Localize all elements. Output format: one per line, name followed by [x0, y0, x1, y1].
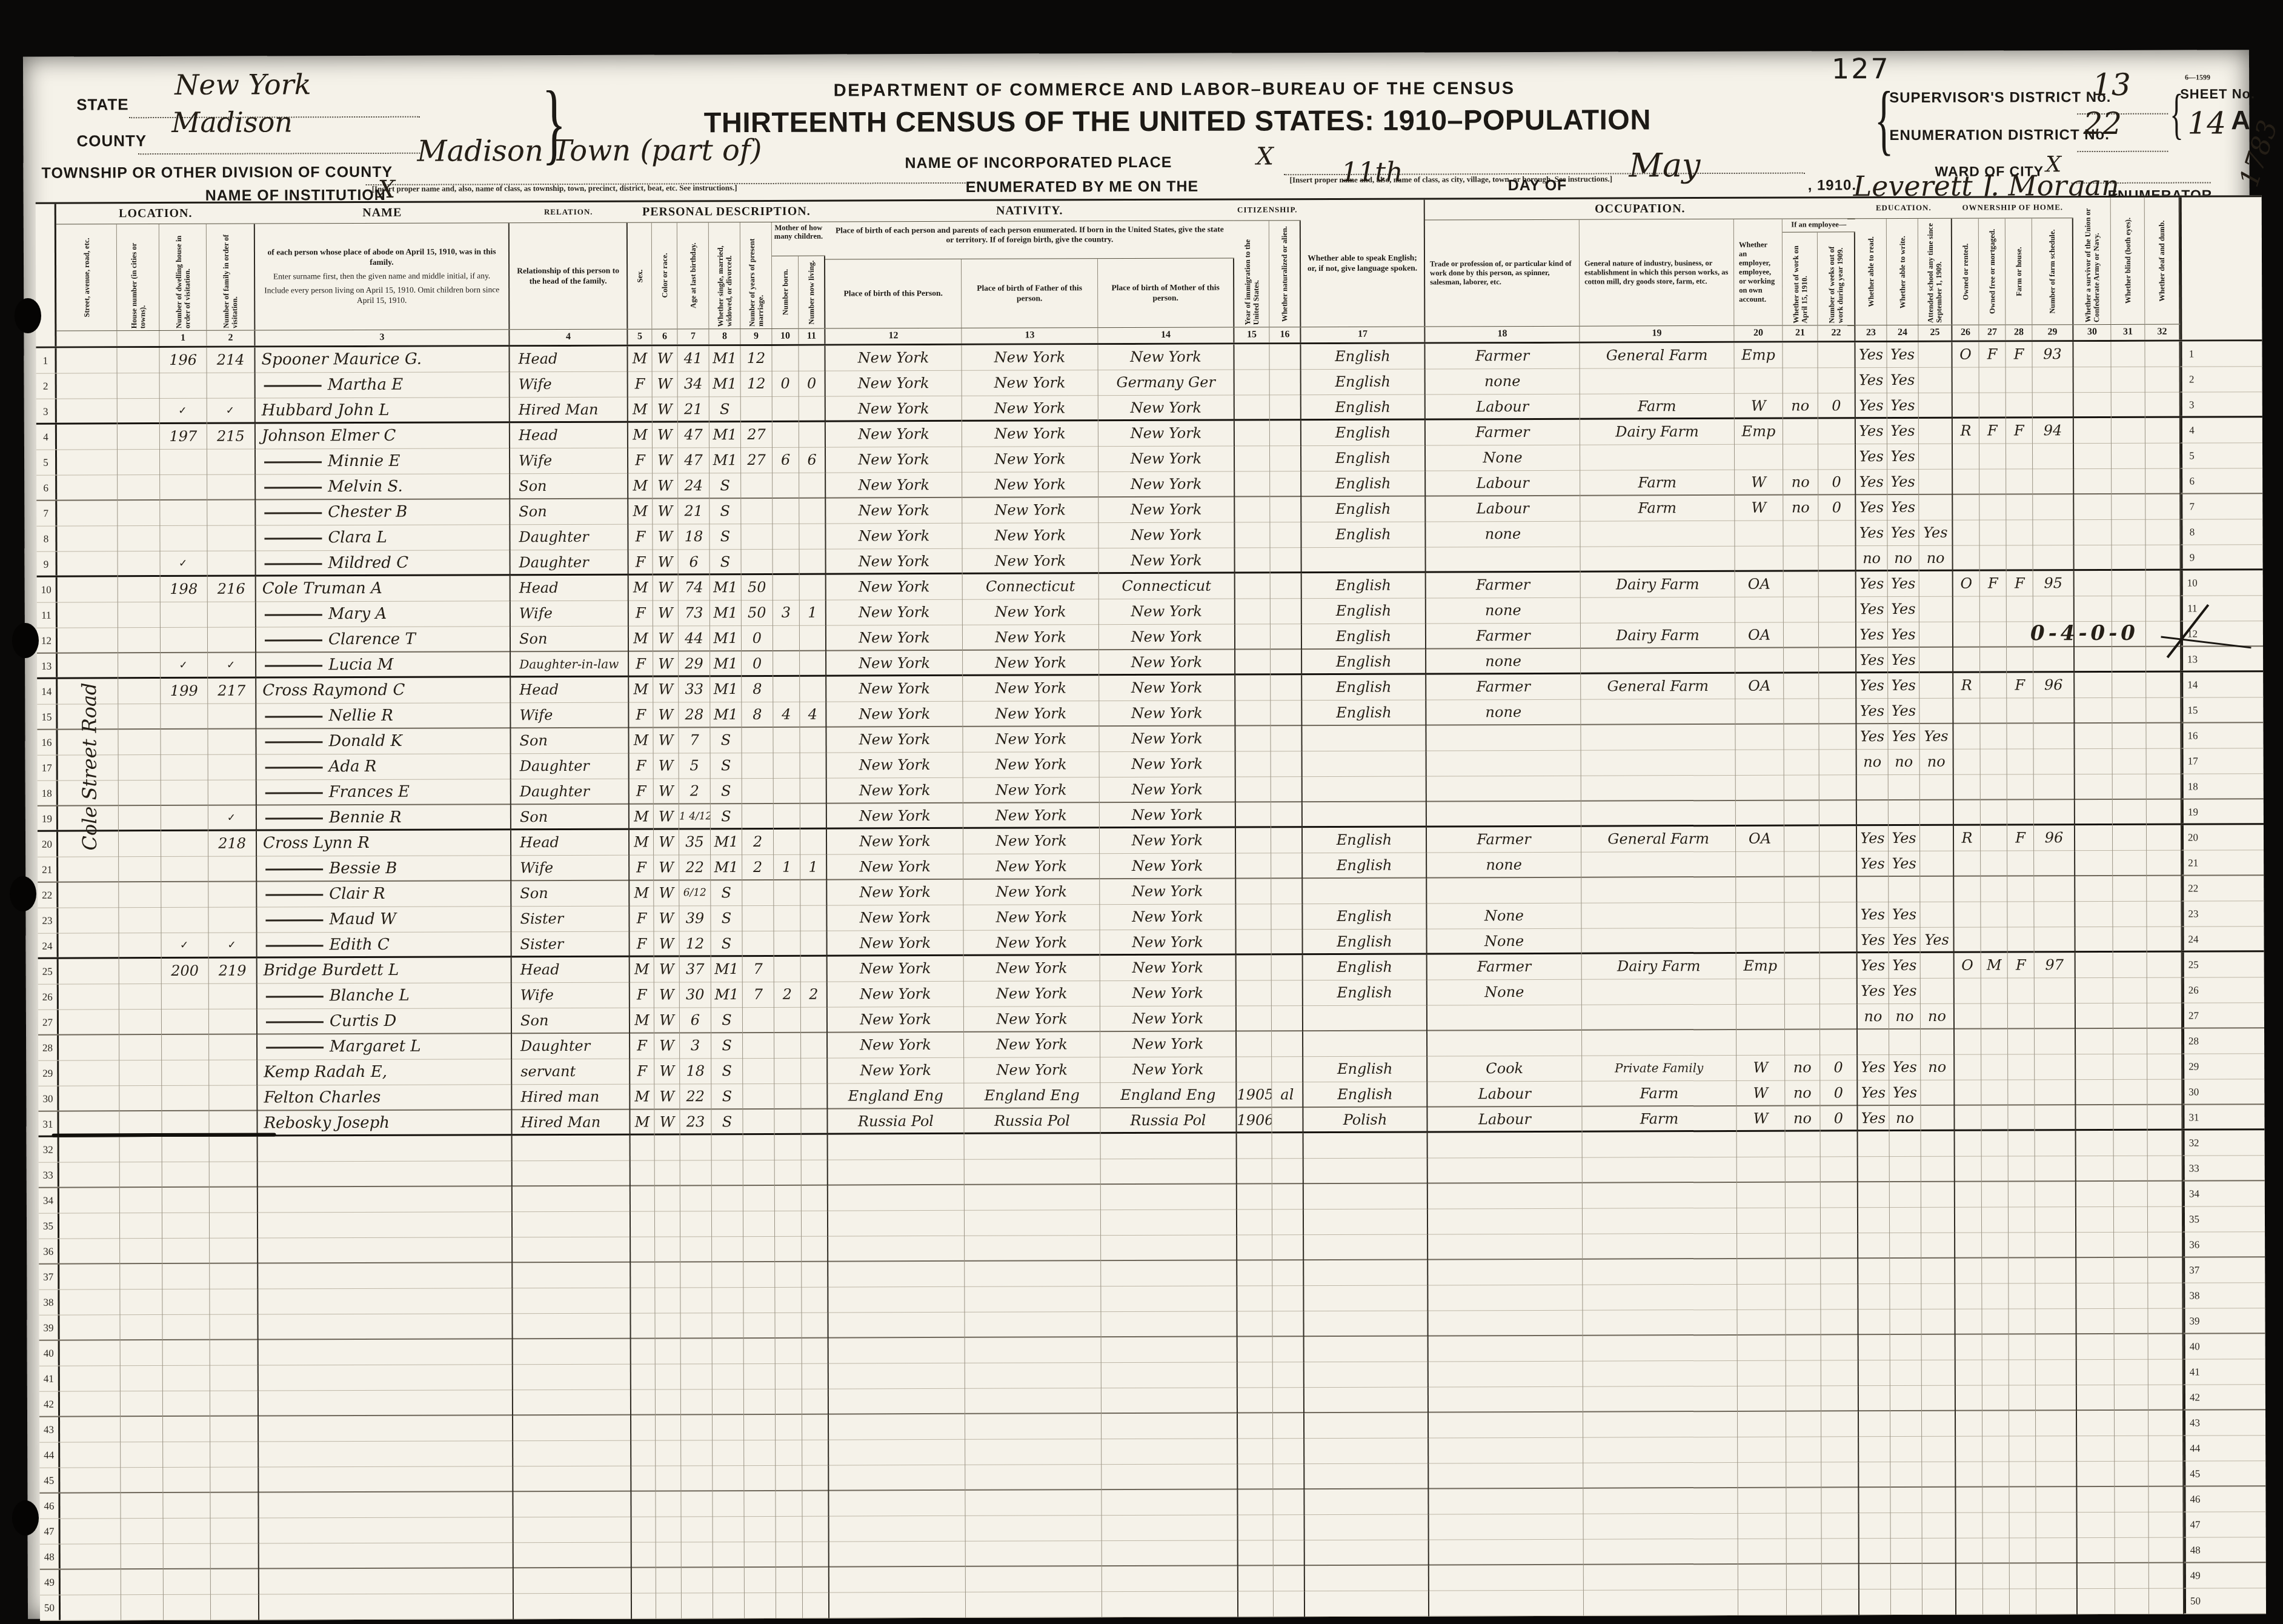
value-text: 12 — [747, 350, 766, 367]
value-text: 7 — [754, 986, 763, 1003]
cell-mar: M1 — [710, 601, 742, 626]
value-text: New York — [859, 705, 931, 722]
cell-pm: New York — [1099, 548, 1235, 574]
cell-cl — [800, 804, 827, 830]
cell-age — [682, 1542, 713, 1568]
cell-pob — [829, 1440, 965, 1466]
cell-dw — [163, 1442, 210, 1468]
cell-sex: M — [629, 576, 653, 601]
cell-yrs: 50 — [742, 601, 773, 626]
cell-mar: S — [711, 1033, 743, 1059]
cell-read — [1858, 1284, 1890, 1310]
cell-deaf — [2146, 673, 2181, 698]
cell-street — [57, 424, 118, 450]
cell-read: Yes — [1856, 444, 1887, 470]
cell-sched — [2036, 1411, 2077, 1436]
cell-ind — [1583, 1132, 1737, 1158]
cell-nat — [1272, 1057, 1303, 1082]
cell-yrs — [744, 1440, 776, 1466]
value-text: 27 — [747, 451, 766, 468]
cell-eng: English — [1301, 471, 1426, 498]
cell-house — [118, 399, 160, 424]
column-number-strip: 3 — [255, 329, 510, 345]
cell-rel: Wife — [510, 448, 628, 474]
cell-sex — [631, 1212, 655, 1237]
cell-cb — [776, 1389, 802, 1415]
value-text: Labour — [1478, 1111, 1531, 1128]
cell-street — [57, 526, 118, 551]
cell-cl — [802, 1440, 829, 1466]
cell-blind — [2112, 596, 2146, 622]
value-text: F — [635, 452, 645, 469]
cell-trade: Cook — [1427, 1056, 1582, 1082]
column-header-out: Wheth­er out of work on April 15, 1910. — [1783, 232, 1818, 325]
cell-eng — [1304, 1463, 1429, 1489]
column-group: Whether a survivor of the Union or Confe… — [2073, 198, 2112, 340]
cell-house — [119, 908, 161, 933]
line-number-right: 42 — [2184, 1385, 2204, 1409]
cell-read: Yes — [1857, 928, 1889, 953]
value-text: Yes — [1859, 371, 1883, 388]
cell-cb — [773, 575, 800, 601]
value-text: 93 — [2043, 345, 2062, 362]
name-text: Nellie R — [328, 707, 393, 725]
state-label: STATE — [76, 95, 128, 114]
cell-read: Yes — [1856, 673, 1888, 699]
cell-surv — [2076, 1233, 2114, 1258]
column-label-free: Owned free or mortgaged. — [1987, 227, 1996, 316]
value-text: no — [1791, 398, 1809, 414]
cell-ind — [1580, 368, 1735, 394]
cell-house — [121, 1417, 163, 1442]
cell-nat — [1271, 548, 1302, 573]
value-text: none — [1485, 602, 1521, 619]
cell-own — [1954, 800, 1981, 826]
value-text: English — [1337, 857, 1392, 874]
cell-cb — [773, 499, 799, 524]
column-label-yrs: Number of years of present marriage. — [746, 222, 765, 328]
cell-mar: M1 — [709, 448, 741, 473]
cell-surv — [2075, 596, 2112, 622]
cell-color: W — [653, 550, 679, 575]
value-text: New York — [1132, 1010, 1204, 1027]
column-header-eng: Whether able to speak English; or, if no… — [1301, 200, 1426, 327]
cell-age — [681, 1466, 713, 1491]
column-description: of each person whose place of abode on A… — [255, 241, 508, 313]
cell-nat — [1271, 701, 1302, 726]
cell-trade — [1428, 1209, 1583, 1235]
line-number-right: 5 — [2181, 443, 2201, 468]
cell-write: no — [1889, 1004, 1921, 1030]
cell-sex — [631, 1441, 656, 1466]
cell-mar: S — [711, 880, 742, 906]
cell-yr: 1905 — [1237, 1082, 1272, 1108]
cell-rel: Head — [511, 576, 629, 602]
cell-yr — [1236, 751, 1271, 777]
cell-nat — [1272, 1235, 1304, 1260]
cell-street — [60, 1417, 121, 1442]
column-number-free: 27 — [1979, 325, 2006, 340]
cell-dw — [162, 1137, 210, 1162]
value-text: 28 — [685, 706, 704, 723]
cell-emp — [1737, 1132, 1786, 1157]
cell-deaf — [2148, 1436, 2184, 1462]
cell-blind — [2112, 571, 2146, 596]
value-text: F — [637, 987, 647, 1003]
cell-dw — [160, 450, 207, 475]
name-text: Curtis D — [330, 1012, 396, 1030]
cell-pob — [829, 1414, 965, 1440]
value-text: Emp — [1742, 423, 1776, 440]
cell-fam — [209, 1060, 258, 1086]
cell-pf — [965, 1210, 1101, 1236]
value-text: Wife — [520, 987, 554, 1003]
value-text: Head — [519, 427, 558, 444]
cell-farm — [2006, 393, 2033, 418]
cell-cb — [773, 397, 799, 422]
cell-sex: M — [628, 423, 653, 448]
value-text: 2 — [809, 986, 818, 1003]
value-text: M — [633, 681, 648, 698]
cell-read — [1858, 1208, 1890, 1233]
value-text: New York — [859, 782, 931, 799]
value-text: no — [1927, 753, 1946, 770]
cell-rel: Wife — [511, 856, 630, 882]
cell-surv — [2075, 876, 2113, 902]
line-number-left: 18 — [38, 781, 58, 805]
cell-read: no — [1858, 1004, 1889, 1030]
cell-out — [1786, 1488, 1821, 1513]
cell-ind — [1584, 1514, 1738, 1540]
cell-nat — [1270, 446, 1301, 471]
value-text: New York — [1132, 959, 1203, 976]
cell-cb — [774, 753, 800, 779]
value-text: New York — [859, 807, 931, 824]
cell-pob: New York — [826, 422, 962, 448]
value-text: New York — [994, 374, 1066, 391]
value-text: F — [2016, 956, 2026, 973]
value-text: 6/12 — [683, 887, 706, 899]
value-text: New York — [1132, 908, 1203, 925]
cell-farm — [2008, 1105, 2035, 1131]
cell-trade: Labour — [1426, 471, 1580, 497]
cell-house — [119, 1086, 162, 1111]
cell-mar — [713, 1389, 744, 1415]
cell-eng — [1304, 1235, 1428, 1261]
value-text: New York — [995, 654, 1066, 671]
enumerated-day: 11th — [1341, 157, 1403, 188]
cell-cb: 4 — [773, 702, 800, 728]
cell-age: 5 — [679, 753, 711, 779]
cell-cl — [800, 626, 826, 651]
cell-trade — [1429, 1540, 1584, 1566]
cell-sch — [1921, 1310, 1955, 1335]
cell-color: W — [654, 1033, 680, 1059]
cell-trade: Farmer — [1425, 344, 1580, 370]
value-text: OA — [1748, 576, 1770, 593]
name-text: Minnie E — [328, 452, 400, 470]
column-number-ind: 19 — [1580, 326, 1734, 342]
value-text: no — [1863, 753, 1881, 770]
cell-cb — [776, 1339, 802, 1364]
cell-emp: Emp — [1735, 419, 1783, 445]
cell-yr — [1235, 650, 1271, 675]
cell-age: 1 4/12 — [679, 804, 711, 830]
cell-pob: England Eng — [828, 1083, 964, 1110]
ditto-mark — [264, 512, 322, 514]
cell-out — [1787, 1513, 1822, 1539]
line-number-right: 41 — [2184, 1359, 2204, 1384]
value-text: no — [1894, 550, 1912, 567]
cell-wks — [1821, 1131, 1858, 1157]
value-text: W — [659, 833, 674, 850]
column-label-read: Whether able to read. — [1866, 235, 1875, 309]
cell-mar — [713, 1466, 744, 1491]
cell-trade: none — [1426, 598, 1581, 624]
cell-emp — [1737, 1285, 1786, 1310]
cell-pm — [1101, 1210, 1237, 1236]
cell-mar — [713, 1517, 745, 1542]
cell-free — [1981, 1080, 2008, 1105]
cell-cl — [802, 1288, 828, 1313]
cell-ind — [1584, 1565, 1738, 1591]
cell-dw — [162, 1290, 210, 1315]
cell-blind — [2115, 1411, 2148, 1436]
cell-pf: New York — [963, 828, 1100, 854]
cell-cl — [803, 1517, 829, 1542]
value-text: New York — [1132, 832, 1203, 849]
line-number-right: 18 — [2182, 774, 2202, 798]
cell-street — [60, 1468, 121, 1493]
value-text: W — [659, 884, 674, 901]
column-number-trade: 18 — [1425, 327, 1580, 342]
cell-trade: Farmer — [1426, 674, 1581, 701]
value-text: O — [1959, 346, 1972, 363]
cell-own: R — [1953, 419, 1979, 444]
cell-eng — [1303, 879, 1427, 905]
cell-nat — [1269, 344, 1301, 370]
cell-sex — [631, 1416, 656, 1441]
column-number-strip: 12 — [56, 330, 255, 347]
cell-pf — [966, 1592, 1102, 1618]
column-number-strip: 1819202122 — [1425, 325, 1855, 342]
cell-deaf — [2147, 851, 2182, 876]
cell-trade — [1427, 878, 1581, 904]
cell-ind — [1581, 750, 1736, 776]
cell-pm: New York — [1100, 930, 1236, 956]
value-text: New York — [994, 501, 1066, 518]
cell-yr — [1238, 1464, 1273, 1489]
cell-yr — [1235, 573, 1271, 599]
cell-deaf — [2148, 1233, 2183, 1258]
cell-write: Yes — [1888, 724, 1919, 750]
cell-nat — [1274, 1591, 1305, 1617]
value-text: New York — [1132, 1036, 1204, 1053]
cell-name — [258, 1161, 513, 1187]
cell-sched: 96 — [2033, 673, 2075, 698]
cell-pob — [829, 1491, 965, 1517]
cell-write: Yes — [1887, 342, 1918, 368]
cell-cl — [802, 1389, 829, 1415]
value-text: New York — [995, 679, 1066, 696]
cell-write: Yes — [1888, 597, 1919, 622]
line-number-left: 20 — [38, 832, 58, 857]
cell-write: Yes — [1888, 622, 1919, 648]
cell-yr — [1238, 1388, 1273, 1413]
cell-sched — [2033, 647, 2075, 673]
cell-ind — [1583, 1336, 1738, 1362]
cell-surv — [2075, 545, 2112, 571]
cell-eng — [1305, 1514, 1429, 1540]
cell-name: Ada R — [257, 754, 511, 780]
value-text: 7 — [690, 731, 699, 748]
cell-pm: New York — [1100, 879, 1236, 905]
cell-sched — [2033, 724, 2075, 749]
hole-punch — [10, 876, 36, 911]
value-text: servant — [520, 1063, 576, 1080]
cell-color — [656, 1466, 681, 1491]
cell-pm — [1102, 1515, 1238, 1541]
value-text: W — [658, 553, 673, 570]
value-text: 7 — [754, 960, 763, 977]
cell-fam — [210, 1188, 258, 1213]
cell-out — [1785, 1004, 1820, 1030]
cell-out — [1784, 775, 1819, 800]
ditto-mark — [265, 894, 323, 896]
day-of-label: DAY OF — [1508, 177, 1567, 195]
cell-sex — [632, 1568, 656, 1594]
cell-own — [1955, 1310, 1982, 1335]
cell-name — [258, 1136, 513, 1162]
cell-blind — [2113, 825, 2147, 851]
value-text: F — [636, 859, 646, 876]
cell-color — [656, 1593, 682, 1619]
cell-rel — [514, 1568, 632, 1594]
cell-pob — [828, 1236, 965, 1262]
cell-sched — [2035, 1258, 2076, 1283]
cell-wks — [1819, 648, 1856, 673]
cell-pf: New York — [963, 879, 1100, 905]
cell-free — [1981, 851, 2007, 876]
cell-sex — [631, 1161, 655, 1186]
cell-emp — [1735, 521, 1783, 547]
cell-dw — [161, 704, 208, 730]
cell-yr — [1235, 701, 1271, 726]
check-mark: ✓ — [180, 939, 188, 951]
cell-cl — [800, 753, 827, 779]
name-text: Clair R — [329, 885, 385, 903]
cell-rel: Daughter — [510, 525, 628, 551]
cell-yr — [1236, 777, 1271, 802]
cell-sex — [631, 1466, 656, 1492]
cell-eng — [1304, 1489, 1429, 1515]
cell-read: Yes — [1856, 597, 1888, 622]
cell-pob: New York — [826, 371, 962, 397]
line-number-right: 25 — [2182, 952, 2203, 977]
cell-out — [1787, 1564, 1822, 1589]
cell-pm: Connecticut — [1099, 573, 1235, 599]
cell-ind — [1582, 1005, 1736, 1031]
line-number-left: 24 — [38, 934, 59, 957]
value-text: 1905 — [1237, 1086, 1272, 1103]
value-text: 12 — [747, 375, 766, 392]
cell-deaf — [2147, 953, 2182, 978]
value-text: Yes — [1859, 499, 1884, 516]
column-header-read: Whether able to read. — [1855, 219, 1887, 325]
cell-mar: M1 — [710, 651, 742, 677]
cell-fam: ✓ — [208, 653, 256, 679]
cell-sched — [2033, 367, 2074, 393]
cell-nat — [1274, 1566, 1305, 1591]
cell-pob: New York — [828, 1058, 964, 1084]
cell-color — [656, 1339, 681, 1364]
census-table: LOCATION.Street, avenue, road, etc.House… — [36, 195, 2266, 1621]
value-text: None — [1484, 933, 1524, 950]
cell-write: Yes — [1887, 393, 1919, 419]
cell-emp — [1737, 1157, 1786, 1183]
cell-nat — [1273, 1464, 1304, 1489]
value-text: Sister — [520, 910, 563, 927]
cell-pm: England Eng — [1100, 1082, 1237, 1108]
value-text: New York — [996, 908, 1068, 925]
line-number-right: 4 — [2181, 418, 2201, 442]
cell-eng — [1305, 1540, 1429, 1566]
value-text: English — [1337, 908, 1392, 925]
value-text: M — [633, 630, 648, 647]
cell-surv — [2076, 1258, 2114, 1283]
name-text: Hubbard John L — [262, 401, 390, 420]
cell-out — [1784, 673, 1819, 699]
value-text: F — [2015, 574, 2025, 591]
value-text: no — [1793, 1059, 1812, 1076]
line-number-left: 2 — [36, 374, 57, 399]
value-text: 2 — [753, 833, 762, 850]
cell-wks — [1821, 1182, 1858, 1208]
cell-pm: New York — [1100, 1057, 1237, 1083]
cell-mar: S — [709, 524, 741, 550]
cell-cb — [775, 1135, 802, 1160]
value-text: English — [1337, 984, 1393, 1001]
cell-farm — [2009, 1233, 2035, 1258]
value-text: 214 — [217, 351, 245, 368]
cell-street — [59, 959, 119, 984]
cell-rel — [513, 1186, 631, 1213]
cell-wks — [1821, 1157, 1858, 1182]
value-text: W — [659, 960, 674, 977]
cell-wks: 0 — [1818, 495, 1856, 521]
value-text: Son — [519, 503, 547, 520]
column-header-pm: Place of birth of Mother of this person. — [1098, 258, 1234, 327]
cell-rel: Sister — [511, 907, 630, 933]
cell-free: F — [1979, 418, 2006, 444]
cell-read: Yes — [1856, 495, 1887, 521]
group-title: OWNERSHIP OF HOME. — [1952, 198, 2073, 219]
value-text: Yes — [1891, 626, 1915, 643]
cell-yrs — [744, 1466, 776, 1491]
cell-read — [1858, 1030, 1889, 1055]
cell-street — [60, 1391, 121, 1417]
cell-street — [61, 1544, 121, 1569]
cell-yr — [1237, 1235, 1272, 1260]
cell-read: Yes — [1856, 648, 1888, 673]
cell-yrs — [744, 1415, 776, 1440]
cell-sch — [1919, 495, 1953, 521]
group-title: PERSONAL DESCRIPTION. — [628, 202, 825, 223]
value-text: English — [1335, 577, 1391, 594]
cell-name: Clara L — [256, 525, 510, 551]
cell-cl — [802, 1415, 829, 1440]
cell-farm — [2007, 800, 2034, 825]
